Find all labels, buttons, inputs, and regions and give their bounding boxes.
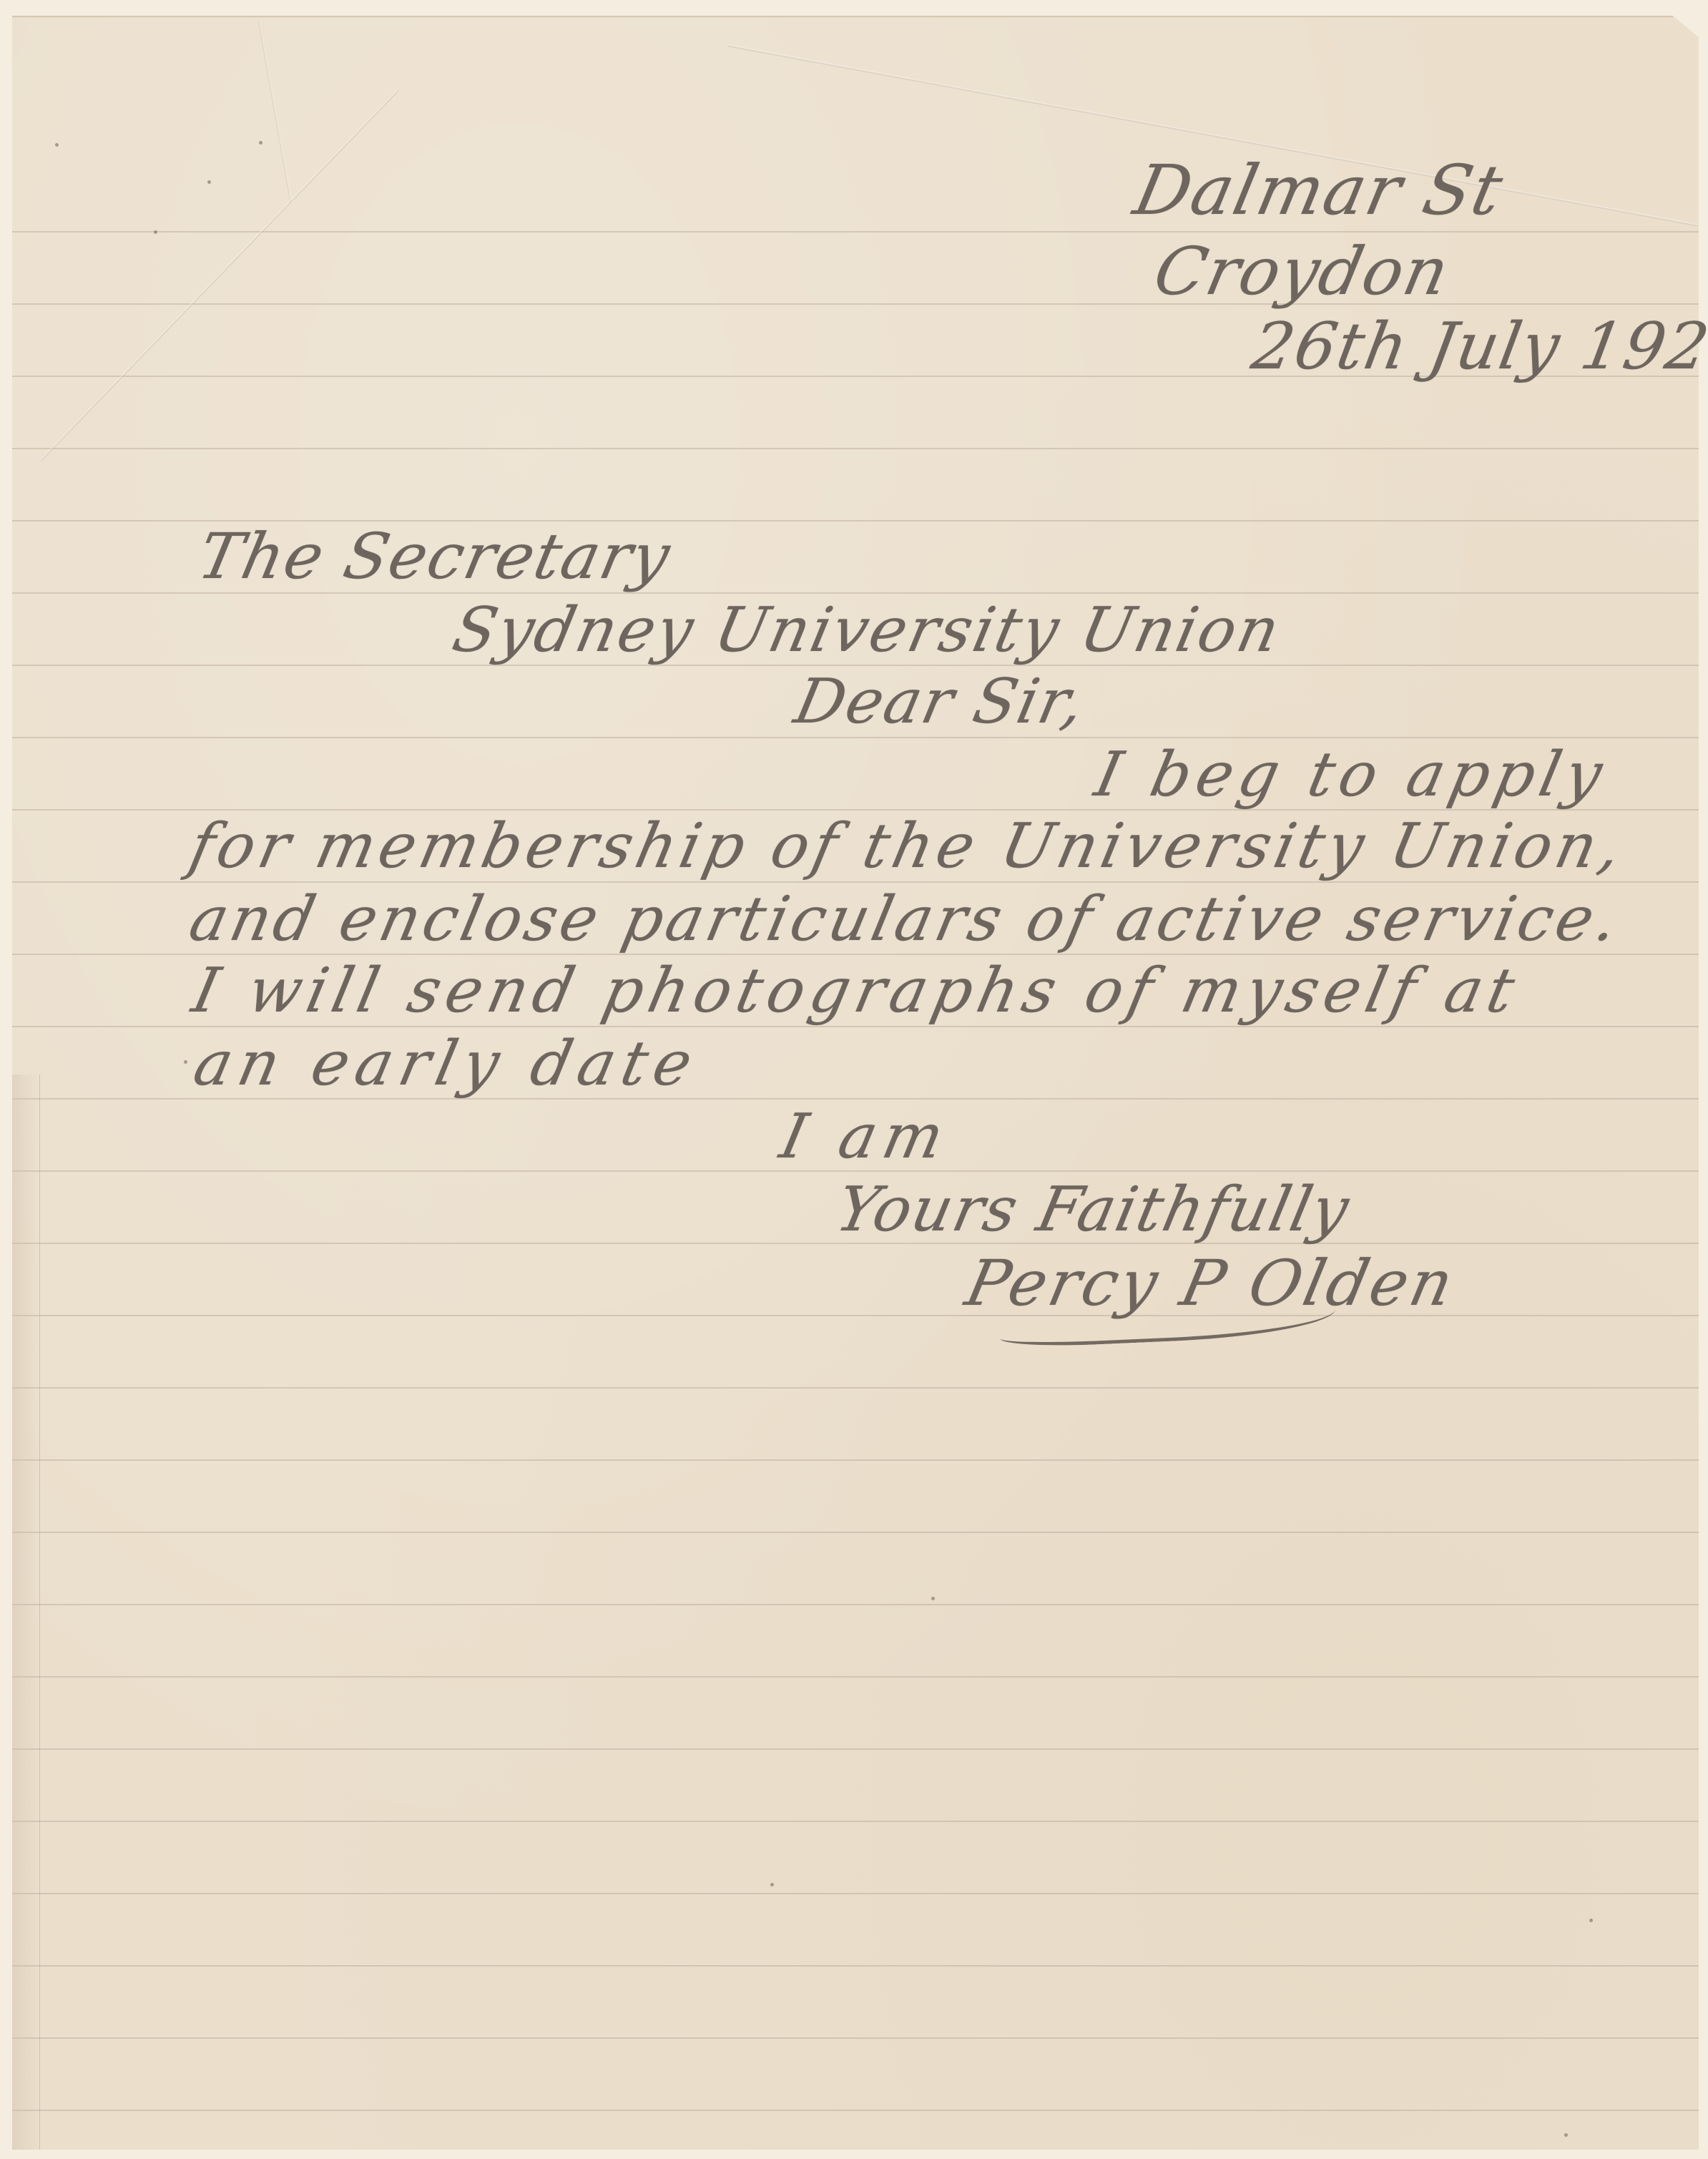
body-line-1: I beg to apply (1090, 744, 1613, 806)
paper-speck (207, 180, 211, 184)
ruled-line (12, 303, 1699, 305)
ruled-line (12, 1604, 1699, 1605)
ruled-line (12, 231, 1699, 232)
recipient-organisation: Sydney University Union (448, 599, 1287, 661)
ruled-line (12, 1387, 1699, 1389)
body-line-3: and enclose particulars of active servic… (185, 888, 1626, 950)
closing-line-2: Yours Faithfully (831, 1179, 1355, 1240)
diagonal-crease (40, 89, 399, 461)
address-street: Dalmar St (1129, 156, 1509, 225)
paper-speck (154, 230, 157, 234)
body-line-5: an early date (189, 1033, 705, 1095)
vertical-crease (258, 20, 293, 204)
paper-speck (1564, 2133, 1568, 2137)
signature: Percy P Olden (961, 1252, 1461, 1315)
letter-date: 26th July 1920 (1247, 315, 1708, 379)
paper-speck (770, 1883, 774, 1886)
ruled-line (12, 1748, 1699, 1750)
body-line-2: for membership of the University Union, (185, 816, 1631, 877)
ruled-line (12, 2037, 1699, 2039)
ruled-line (12, 448, 1699, 449)
salutation: Dear Sir, (790, 671, 1091, 733)
ruled-line (12, 1676, 1699, 1678)
paper-speck (931, 1597, 935, 1600)
ruled-line (12, 1893, 1699, 1894)
ruled-line (12, 1965, 1699, 1967)
paper-speck (55, 143, 59, 147)
paper-speck (259, 141, 262, 145)
recipient-title: The Secretary (193, 525, 677, 588)
paper-speck (1589, 1919, 1593, 1922)
paper-speck (184, 1060, 187, 1064)
ruled-line (12, 1532, 1699, 1533)
closing-line-1: I am (775, 1106, 956, 1167)
ruled-line (12, 1459, 1699, 1461)
body-line-4: I will send photographs of myself at (187, 960, 1525, 1022)
ruled-line (12, 2110, 1699, 2111)
ruled-line (12, 1821, 1699, 1822)
address-suburb: Croydon (1149, 239, 1456, 305)
paper-top-edge (12, 16, 1673, 18)
left-edge-fold (12, 1074, 40, 2150)
